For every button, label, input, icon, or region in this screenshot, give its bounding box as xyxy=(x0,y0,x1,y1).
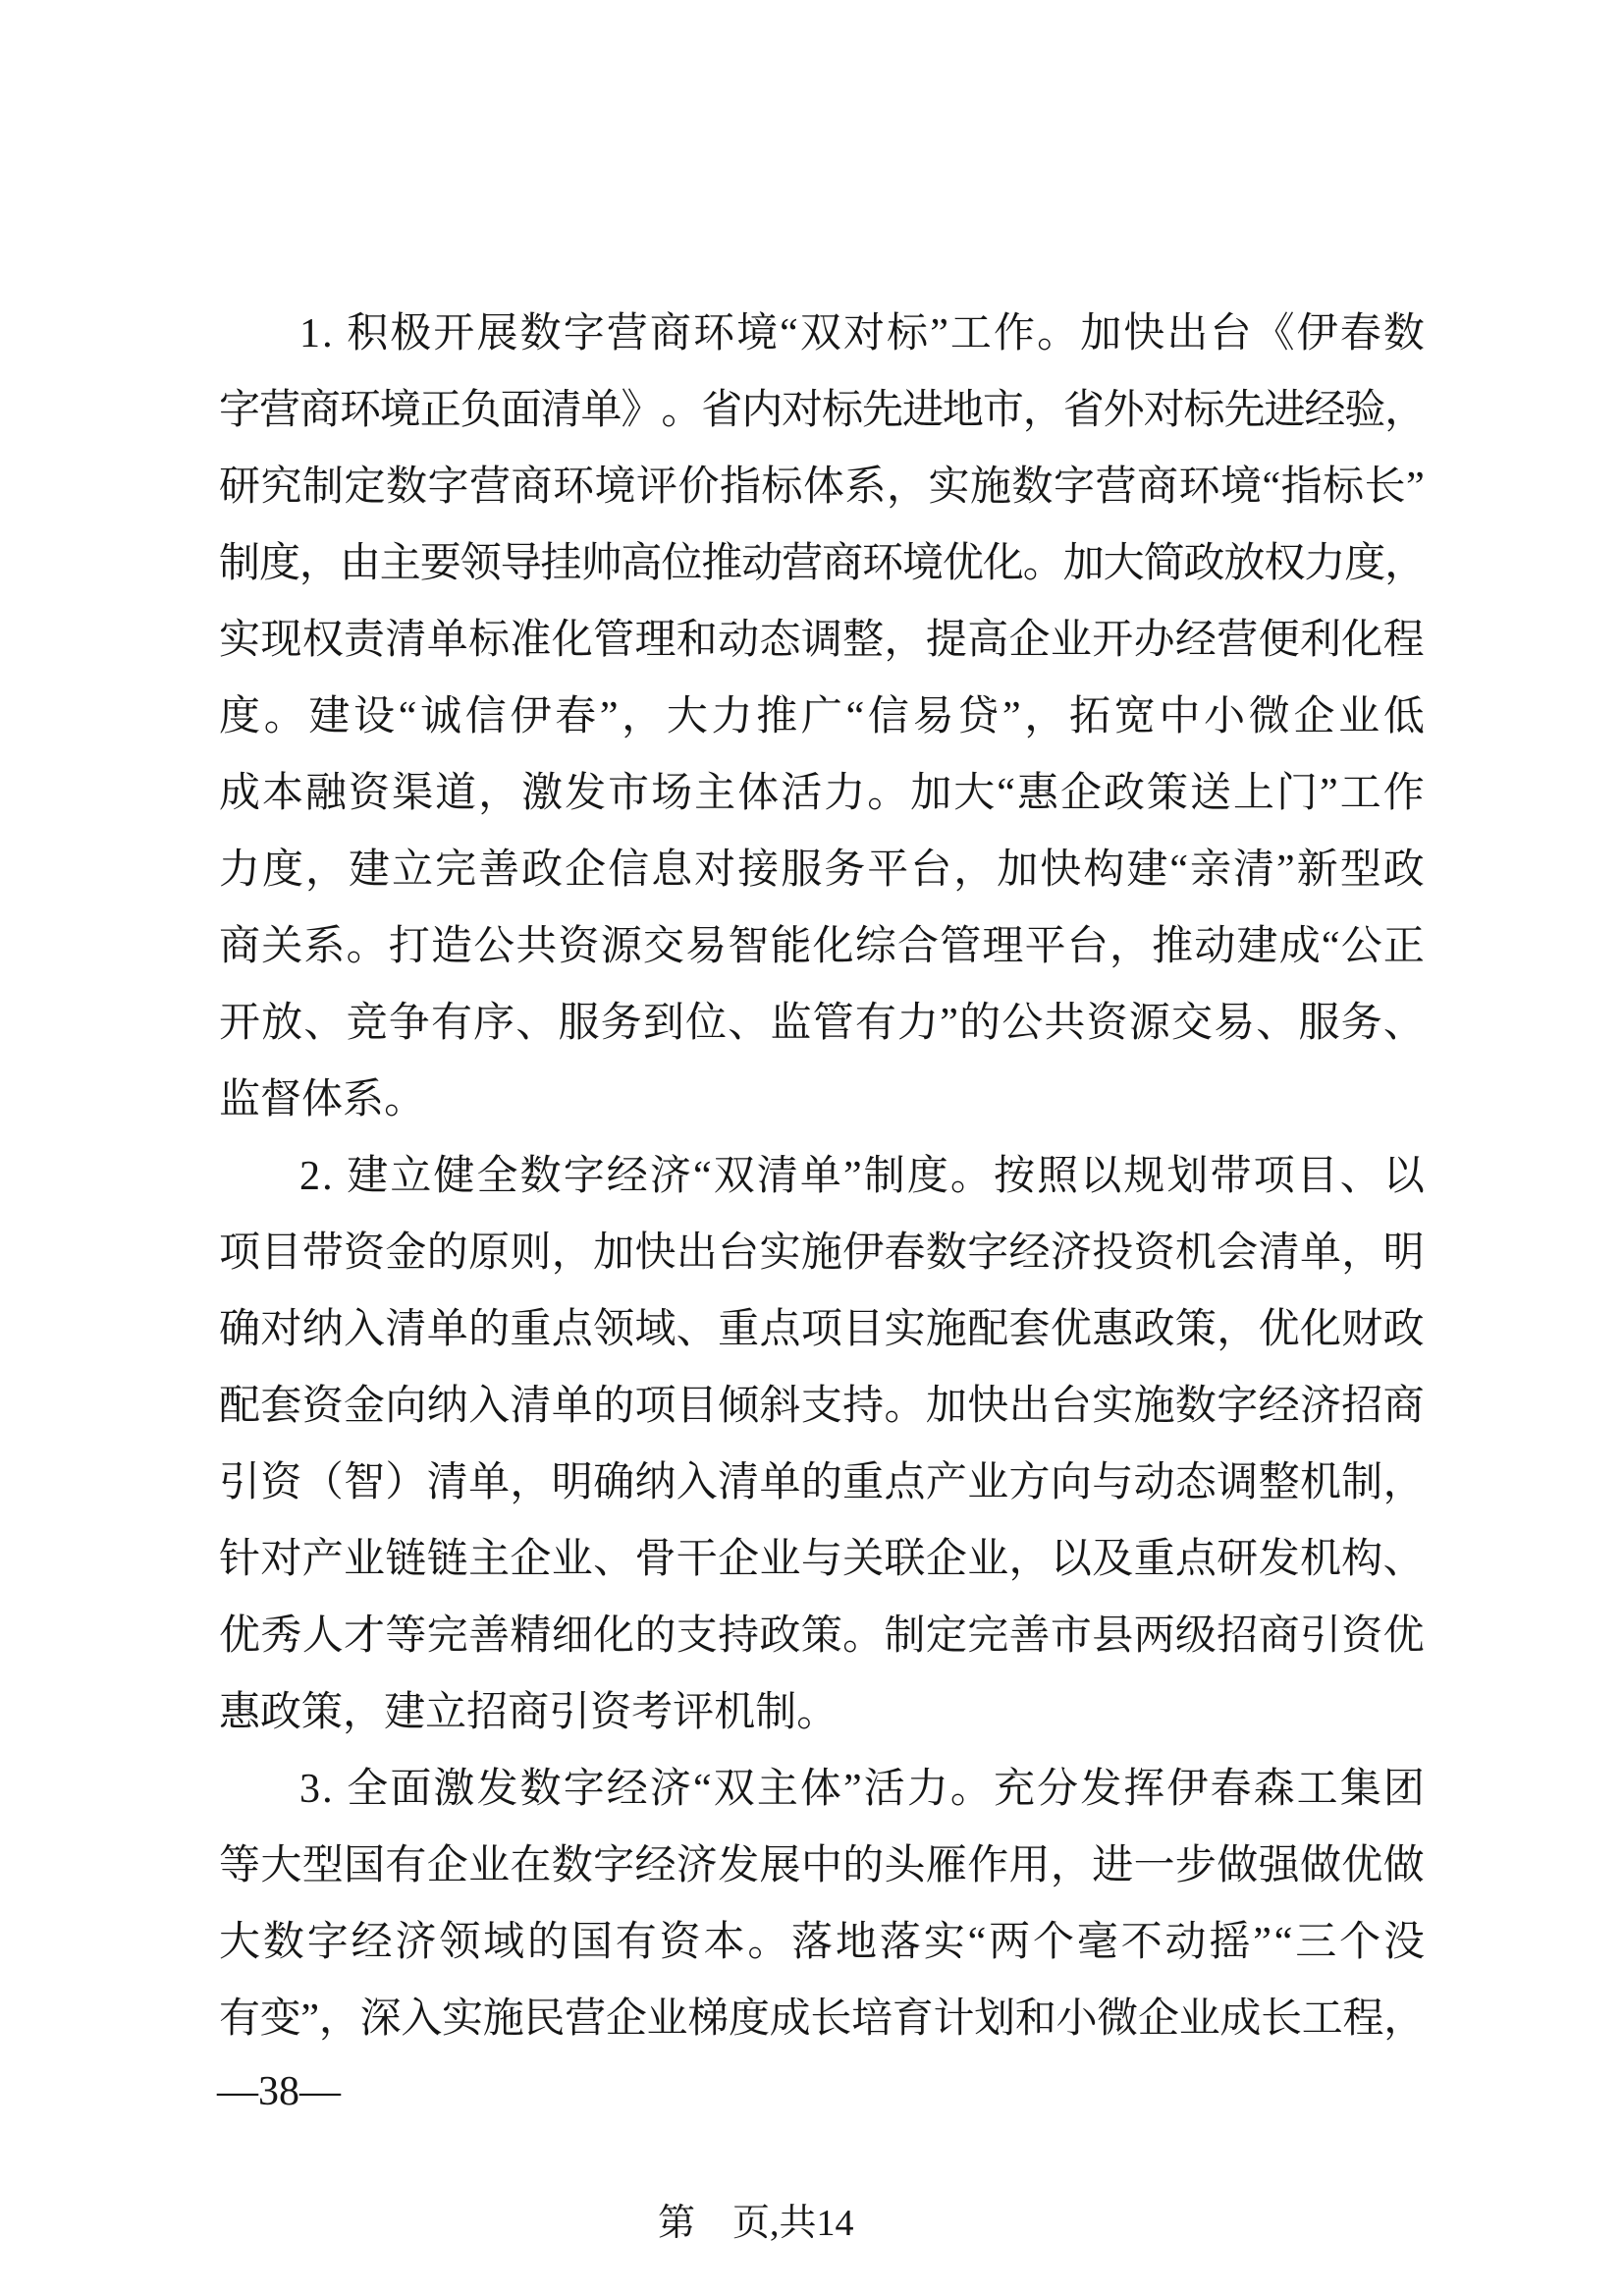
text-line: 针对产业链链主企业、骨干企业与关联企业，以及重点研发机构、 xyxy=(219,1521,1425,1598)
text-line: 1. 积极开展数字营商环境“双对标”工作。加快出台《伊春数 xyxy=(219,296,1425,372)
text-line: 监督体系。 xyxy=(219,1062,1425,1138)
text-line: 项目带资金的原则，加快出台实施伊春数字经济投资机会清单，明 xyxy=(219,1215,1425,1291)
text-line: 成本融资渠道，激发市场主体活力。加大“惠企政策送上门”工作 xyxy=(219,755,1425,832)
text-line: 大数字经济领域的国有资本。落地落实“两个毫不动摇”“三个没 xyxy=(219,1904,1425,1981)
text-line: 引资（智）清单，明确纳入清单的重点产业方向与动态调整机制， xyxy=(219,1445,1425,1521)
text-line: 实现权责清单标准化管理和动态调整，提高企业开办经营便利化程 xyxy=(219,602,1425,679)
text-line: 字营商环境正负面清单》。省内对标先进地市，省外对标先进经验， xyxy=(219,372,1425,449)
text-line: 商关系。打造公共资源交易智能化综合管理平台，推动建成“公正 xyxy=(219,908,1425,985)
text-line: 制度，由主要领导挂帅高位推动营商环境优化。加大简政放权力度， xyxy=(219,525,1425,602)
text-line: 优秀人才等完善精细化的支持政策。制定完善市县两级招商引资优 xyxy=(219,1598,1425,1674)
text-line: 力度，建立完善政企信息对接服务平台，加快构建“亲清”新型政 xyxy=(219,832,1425,908)
text-line: 配套资金向纳入清单的项目倾斜支持。加快出台实施数字经济招商 xyxy=(219,1368,1425,1445)
text-line: 确对纳入清单的重点领域、重点项目实施配套优惠政策，优化财政 xyxy=(219,1291,1425,1368)
page-number: —38— xyxy=(217,2065,341,2118)
document-page: 1. 积极开展数字营商环境“双对标”工作。加快出台《伊春数字营商环境正负面清单》… xyxy=(0,0,1623,2296)
text-line: 惠政策，建立招商引资考评机制。 xyxy=(219,1674,1425,1751)
text-line: 度。建设“诚信伊春”，大力推广“信易贷”，拓宽中小微企业低 xyxy=(219,679,1425,755)
text-line: 开放、竞争有序、服务到位、监管有力”的公共资源交易、服务、 xyxy=(219,985,1425,1062)
text-line: 3. 全面激发数字经济“双主体”活力。充分发挥伊春森工集团 xyxy=(219,1751,1425,1828)
text-line: 研究制定数字营商环境评价指标体系，实施数字营商环境“指标长” xyxy=(219,449,1425,525)
document-body: 1. 积极开展数字营商环境“双对标”工作。加快出台《伊春数字营商环境正负面清单》… xyxy=(219,296,1425,2057)
text-line: 2. 建立健全数字经济“双清单”制度。按照以规划带项目、以 xyxy=(219,1138,1425,1215)
text-line: 等大型国有企业在数字经济发展中的头雁作用，进一步做强做优做 xyxy=(219,1828,1425,1904)
page-footer: 第 页,共14 xyxy=(658,2200,854,2247)
text-line: 有变”，深入实施民营企业梯度成长培育计划和小微企业成长工程， xyxy=(219,1981,1425,2057)
